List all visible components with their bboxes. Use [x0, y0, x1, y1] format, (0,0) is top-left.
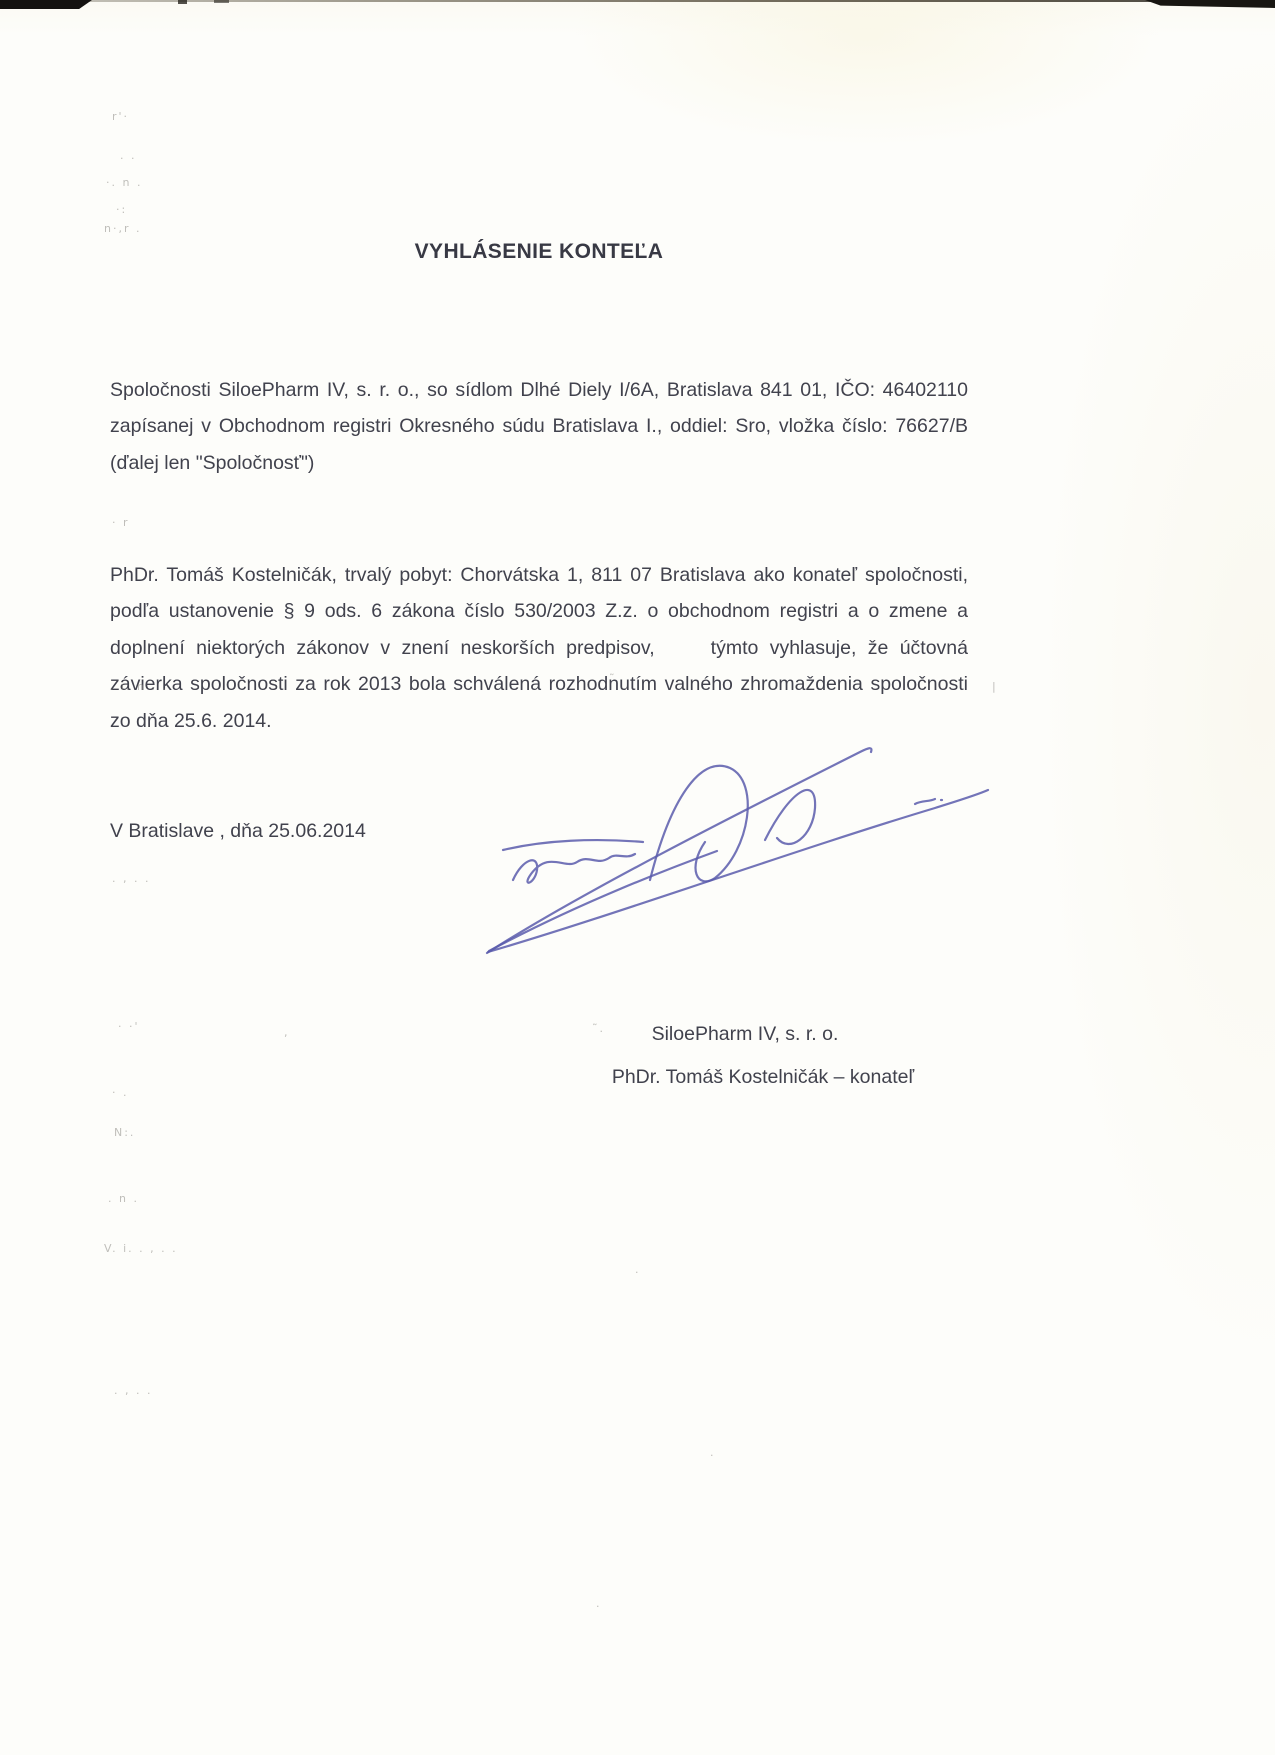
- signature-company-name: SiloePharm IV, s. r. o.: [585, 1023, 905, 1046]
- scan-artifact: ·. n .: [106, 176, 142, 189]
- scan-artifact: · ·': [118, 1020, 140, 1033]
- scan-artifact: . n .: [108, 1192, 139, 1205]
- scanned-document-page: VYHLÁSENIE KONTEĽA Spoločnosti SiloePhar…: [0, 0, 1275, 1755]
- scan-edge-corner-left: [0, 0, 92, 9]
- scan-artifact: ·: [635, 1266, 641, 1279]
- scan-artifact: · .: [112, 1086, 129, 1099]
- scan-artifact: .: [710, 1446, 716, 1459]
- scan-artifact: . , . .: [114, 1384, 152, 1397]
- scan-artifact: |: [992, 680, 998, 693]
- scan-artifact: ·: [596, 1600, 602, 1613]
- scan-artifact: n·,r .: [104, 222, 141, 235]
- scan-edge-tick: [178, 0, 187, 4]
- scan-artifact: . , . .: [112, 872, 150, 885]
- scan-edge-line: [0, 0, 1275, 2]
- scan-artifact: · ·: [120, 152, 137, 165]
- scan-artifact: ·:: [116, 203, 127, 216]
- place-and-date-line: V Bratislave , dňa 25.06.2014: [110, 820, 366, 843]
- scan-artifact: N:.: [114, 1126, 135, 1139]
- handwritten-signature: [465, 730, 1005, 960]
- scan-artifact: V. i. . , . .: [104, 1242, 178, 1255]
- scan-artifact: · r: [112, 516, 130, 529]
- paragraph-declaration: PhDr. Tomáš Kostelničák, trvalý pobyt: C…: [110, 557, 968, 739]
- scan-edge-tick: [214, 0, 229, 3]
- signature-signer-line: PhDr. Tomáš Kostelničák – konateľ: [578, 1066, 948, 1089]
- scan-artifact: r'·: [112, 110, 129, 123]
- paragraph-company-intro: Spoločnosti SiloePharm IV, s. r. o., so …: [110, 372, 968, 481]
- scan-edge-corner-right: [1145, 0, 1275, 8]
- scan-artifact: ,: [284, 1026, 290, 1039]
- document-title: VYHLÁSENIE KONTEĽA: [110, 240, 968, 264]
